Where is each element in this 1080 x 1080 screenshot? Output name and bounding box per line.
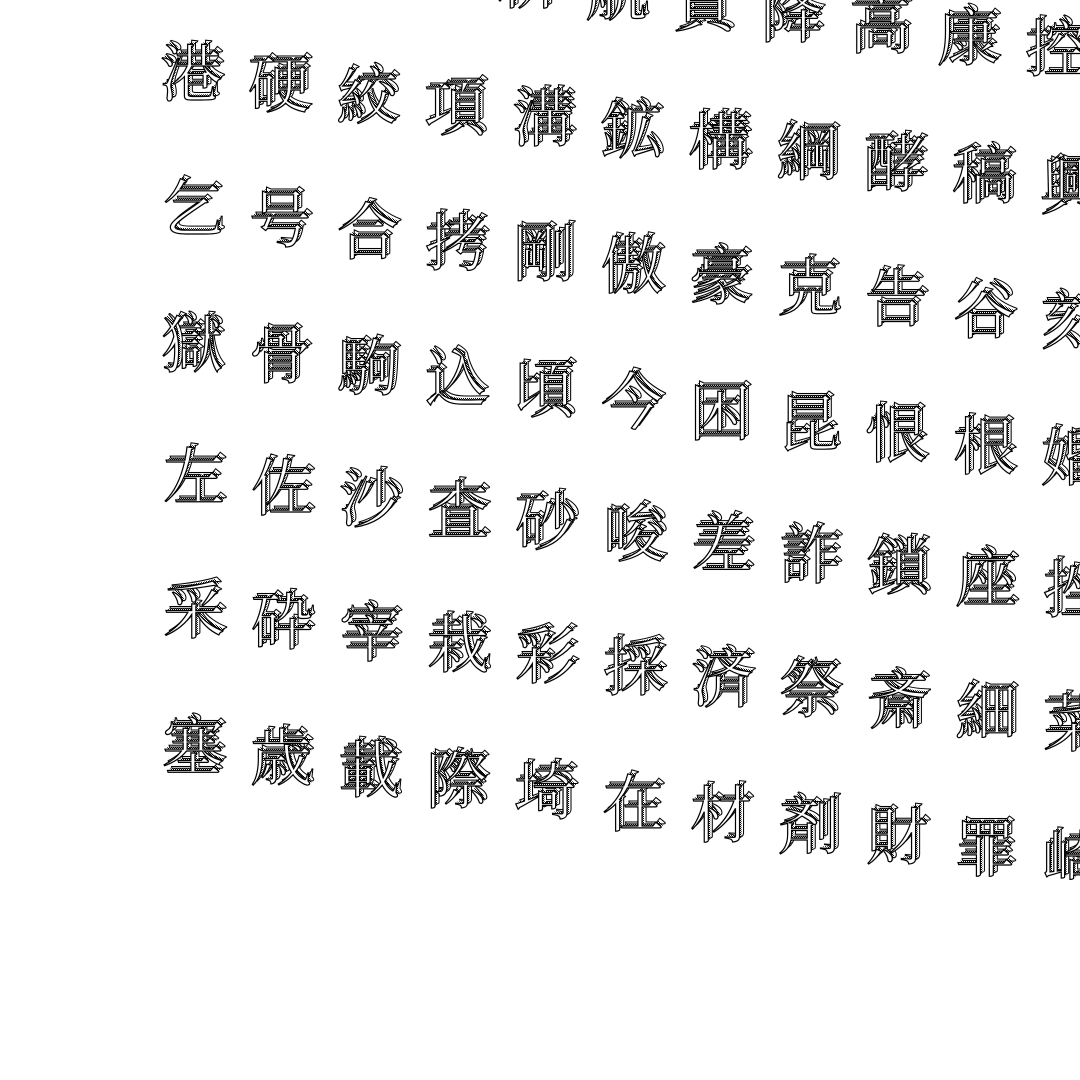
kanji-glyph-front-layer: 栽	[427, 615, 489, 677]
kanji-glyph-front-layer: 砂	[515, 492, 577, 554]
kanji-glyph-front-layer: 港	[160, 44, 222, 106]
kanji-glyph-front-layer: 込	[425, 349, 487, 411]
kanji-glyph-front-layer: 済	[691, 649, 753, 711]
kanji-glyph-front-layer: 乞	[161, 179, 223, 241]
kanji-glyph-front-layer: 構	[688, 112, 750, 174]
kanji-glyph-front-layer: 細	[955, 683, 1017, 745]
kanji-glyph-front-layer: 稿	[952, 146, 1014, 208]
kanji-glyph-front-layer: 谷	[953, 281, 1015, 343]
kanji-glyph-front-layer: 根	[953, 417, 1015, 479]
kanji-glyph-front-layer: 号	[249, 190, 311, 252]
kanji-glyph-front-layer: 刻	[1041, 292, 1080, 354]
kanji-glyph-front-layer: 座	[955, 549, 1017, 611]
kanji-glyph-front-layer: 詐	[779, 526, 841, 588]
kanji-glyph-front-layer: 挫	[1043, 560, 1080, 622]
kanji-glyph-front-layer: 溝	[512, 89, 574, 151]
kanji-glyph-front-layer: 興	[1040, 157, 1080, 219]
kanji-glyph-front-layer: 貢	[673, 0, 735, 36]
kanji-glyph-front-layer: 豪	[689, 247, 751, 309]
kanji-glyph-front-layer: 昆	[777, 394, 839, 456]
kanji-glyph-front-layer: 絞	[336, 67, 398, 129]
kanji-glyph-front-layer: 酵	[864, 134, 926, 196]
kanji-glyph-front-layer: 頃	[513, 360, 575, 422]
kanji-glyph-front-layer: 采	[163, 581, 225, 643]
kanji-glyph-front-layer: 剛	[513, 224, 575, 286]
kanji-glyph-front-layer: 困	[689, 383, 751, 445]
kanji-glyph-front-layer: 克	[777, 258, 839, 320]
kanji-glyph-front-layer: 沙	[339, 470, 401, 532]
kanji-glyph-front-layer: 降	[761, 0, 823, 47]
kanji-glyph-front-layer: 獄	[161, 315, 223, 377]
kanji-glyph-front-layer: 航	[585, 0, 647, 25]
kanji-glyph-front-layer: 婚	[1041, 428, 1080, 490]
kanji-glyph-front-layer: 高	[849, 0, 911, 58]
kanji-glyph-front-layer: 財	[866, 807, 928, 869]
kanji-glyph-front-layer: 崎	[1042, 830, 1080, 892]
kanji-glyph-front-layer: 砕	[251, 592, 313, 654]
kanji-glyph-front-layer: 採	[603, 638, 665, 700]
kanji-glyph-front-layer: 査	[427, 481, 489, 543]
kanji-glyph-front-layer: 今	[601, 372, 663, 434]
kanji-glyph-front-layer: 硬	[248, 55, 310, 117]
kanji-glyph-front-layer: 骨	[249, 326, 311, 388]
kanji-glyph-front-layer: 校	[409, 0, 471, 2]
kanji-glyph-front-layer: 駒	[337, 338, 399, 400]
kanji-glyph-front-layer: 菜	[1043, 694, 1080, 756]
kanji-glyph-front-layer: 差	[691, 515, 753, 577]
kanji-glyph-front-layer: 項	[424, 78, 486, 140]
kanji-glyph-front-layer: 在	[602, 774, 664, 836]
kanji-glyph-front-layer: 拷	[425, 213, 487, 275]
kanji-glyph-front-layer: 歳	[250, 728, 312, 790]
kanji-glyph-front-layer: 傲	[601, 236, 663, 298]
kanji-glyph-front-layer: 控	[1025, 19, 1080, 81]
kanji-glyph-front-layer: 鉱	[600, 101, 662, 163]
kanji-glyph-front-layer: 彩	[515, 626, 577, 688]
kanji-glyph-front-layer: 佐	[251, 458, 313, 520]
kanji-glyph-front-layer: 左	[163, 447, 225, 509]
kanji-glyph-front-layer: 埼	[514, 762, 576, 824]
kanji-glyph-front-layer: 斎	[867, 671, 929, 733]
kanji-glyph-front-layer: 材	[690, 785, 752, 847]
kanji-glyph-front-layer: 耕	[497, 0, 559, 13]
kanji-glyph-front-layer: 載	[338, 740, 400, 802]
kanji-glyph-front-layer: 塞	[162, 717, 224, 779]
kanji-glyph-front-layer: 康	[937, 8, 999, 70]
kanji-glyph-front-layer: 綱	[776, 123, 838, 185]
kanji-glyph-front-layer: 告	[865, 269, 927, 331]
kanji-glyph-front-layer: 宰	[339, 604, 401, 666]
kanji-glyph-front-layer: 恨	[865, 405, 927, 467]
kanji-glyph-front-layer: 際	[426, 751, 488, 813]
kanji-glyph-front-layer: 唆	[603, 504, 665, 566]
kanji-glyph-front-layer: 合	[337, 202, 399, 264]
kanji-glyph-front-layer: 剤	[778, 796, 840, 858]
kanji-grid: 校校校耕耕耕航航航貢貢貢降降降高高高康康康控控控港港港硬硬硬絞絞絞項項項溝溝溝鉱…	[0, 0, 1080, 1080]
kanji-glyph-front-layer: 祭	[779, 660, 841, 722]
kanji-glyph-front-layer: 罪	[954, 819, 1016, 881]
kanji-glyph-front-layer: 鎖	[867, 537, 929, 599]
